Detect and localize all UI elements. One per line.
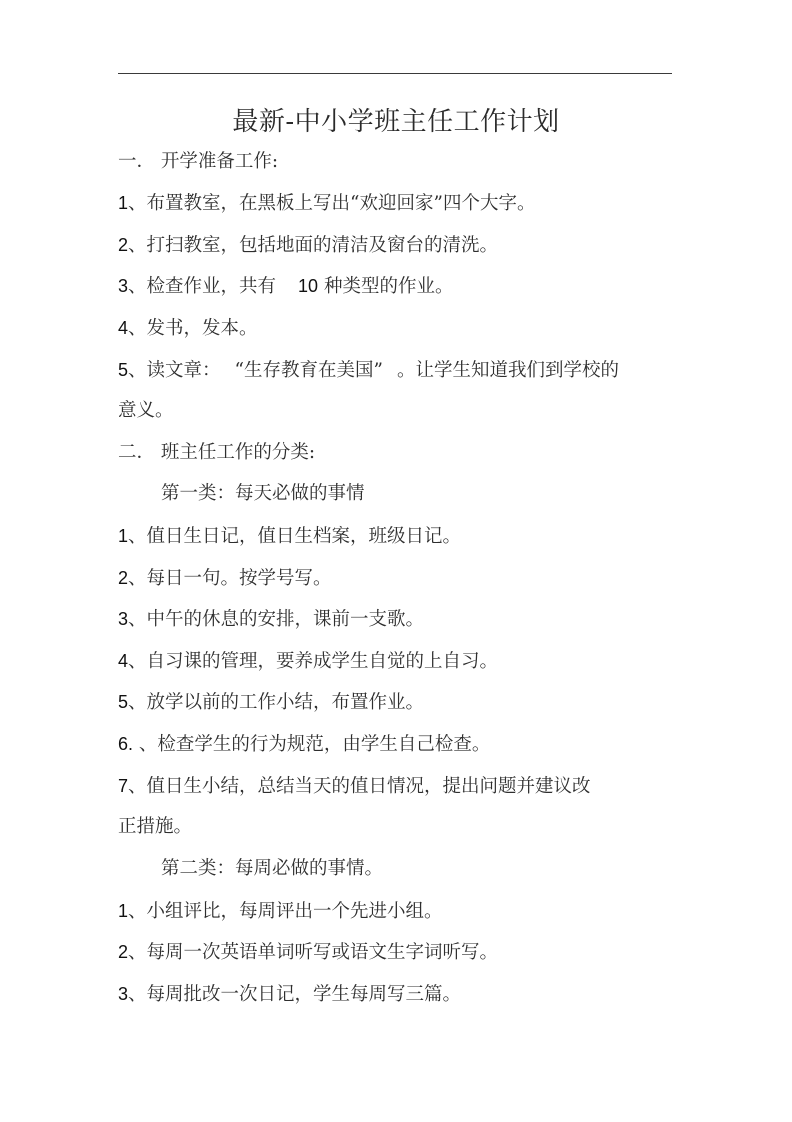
item-number: 1 xyxy=(118,901,128,921)
item-number: 2 xyxy=(118,942,128,962)
list-item: 5、读文章：“生存教育在美国”。让学生知道我们到学校的 xyxy=(118,357,619,383)
item-separator: 、 xyxy=(128,193,147,214)
list-item: 2、每周一次英语单词听写或语文生字词听写。 xyxy=(118,939,498,965)
list-item: 4、自习课的管理，要养成学生自觉的上自习。 xyxy=(118,648,498,674)
item-text: 中午的休息的安排，课前一支歌。 xyxy=(147,609,425,630)
item-separator: 、 xyxy=(128,651,147,672)
item-text: 布置教室，在黑板上写出“欢迎回家”四个大字。 xyxy=(147,193,536,214)
list-item: 1、布置教室，在黑板上写出“欢迎回家”四个大字。 xyxy=(118,190,535,216)
item-text: 每日一句。按学号写。 xyxy=(147,568,332,589)
item-number: 4 xyxy=(118,318,128,338)
item-text: 小组评比，每周评出一个先进小组。 xyxy=(147,901,443,922)
list-item: 4、发书，发本。 xyxy=(118,315,258,341)
section-heading: 二． 班主任工作的分类: xyxy=(118,440,315,466)
item-number: 5 xyxy=(118,692,128,712)
item-text: 读文章： xyxy=(147,360,221,381)
list-item: 2、每日一句。按学号写。 xyxy=(118,565,332,591)
list-item-continuation: 正措施。 xyxy=(118,814,192,840)
item-separator: 、 xyxy=(128,526,147,547)
item-text: 每周一次英语单词听写或语文生字词听写。 xyxy=(147,942,499,963)
list-item: 1、小组评比，每周评出一个先进小组。 xyxy=(118,898,443,924)
item-separator: 、 xyxy=(128,360,147,381)
item-separator: 、 xyxy=(128,692,147,713)
subsection-heading: 第二类：每周必做的事情。 xyxy=(161,856,383,882)
list-item: 5、放学以前的工作小结，布置作业。 xyxy=(118,689,424,715)
item-number: 1 xyxy=(118,193,128,213)
item-text: 检查学生的行为规范，由学生自己检查。 xyxy=(157,734,490,755)
list-item: 1、值日生日记，值日生档案，班级日记。 xyxy=(118,523,461,549)
section-heading: 一． 开学准备工作: xyxy=(118,149,278,175)
item-text: 每周批改一次日记，学生每周写三篇。 xyxy=(147,984,462,1005)
item-separator: 、 xyxy=(128,901,147,922)
item-text: 打扫教室，包括地面的清洁及窗台的清洗。 xyxy=(147,235,499,256)
document-page: 最新-中小学班主任工作计划 一． 开学准备工作: 1、布置教室，在黑板上写出“欢… xyxy=(0,0,792,1122)
item-value: 10 xyxy=(298,276,318,296)
item-number: 2 xyxy=(118,235,128,255)
item-number: 4 xyxy=(118,651,128,671)
item-separator: 、 xyxy=(133,734,157,755)
item-text: 放学以前的工作小结，布置作业。 xyxy=(147,692,425,713)
list-item: 2、打扫教室，包括地面的清洁及窗台的清洗。 xyxy=(118,232,498,258)
item-text: 发书，发本。 xyxy=(147,318,258,339)
item-quote: “生存教育在美国” xyxy=(235,360,383,381)
list-item: 3、检查作业，共有10 种类型的作业。 xyxy=(118,273,453,299)
item-separator: 、 xyxy=(128,942,147,963)
item-separator: 、 xyxy=(128,276,147,297)
item-number: 3 xyxy=(118,609,128,629)
list-item: 3、中午的休息的安排，课前一支歌。 xyxy=(118,606,424,632)
item-text: 种类型的作业。 xyxy=(324,276,454,297)
item-number: 7 xyxy=(118,776,128,796)
item-text: 值日生日记，值日生档案，班级日记。 xyxy=(147,526,462,547)
item-number: 3 xyxy=(118,276,128,296)
document-title: 最新-中小学班主任工作计划 xyxy=(0,105,792,139)
item-separator: 、 xyxy=(128,609,147,630)
subsection-heading: 第一类：每天必做的事情 xyxy=(161,481,365,507)
list-item-continuation: 意义。 xyxy=(118,398,174,424)
list-item: 7、值日生小结，总结当天的值日情况，提出问题并建议改 xyxy=(118,773,591,799)
item-text: 。让学生知道我们到学校的 xyxy=(397,360,619,381)
item-separator: 、 xyxy=(128,318,147,339)
item-text: 自习课的管理，要养成学生自觉的上自习。 xyxy=(147,651,499,672)
item-number: 6. xyxy=(118,734,133,754)
item-number: 2 xyxy=(118,568,128,588)
item-separator: 、 xyxy=(128,568,147,589)
item-separator: 、 xyxy=(128,776,147,797)
item-separator: 、 xyxy=(128,235,147,256)
header-rule xyxy=(118,73,672,74)
list-item: 6. 、检查学生的行为规范，由学生自己检查。 xyxy=(118,731,490,757)
item-separator: 、 xyxy=(128,984,147,1005)
item-text: 值日生小结，总结当天的值日情况，提出问题并建议改 xyxy=(147,776,591,797)
item-number: 3 xyxy=(118,984,128,1004)
item-number: 1 xyxy=(118,526,128,546)
item-text: 检查作业，共有 xyxy=(147,276,277,297)
item-number: 5 xyxy=(118,360,128,380)
list-item: 3、每周批改一次日记，学生每周写三篇。 xyxy=(118,981,461,1007)
